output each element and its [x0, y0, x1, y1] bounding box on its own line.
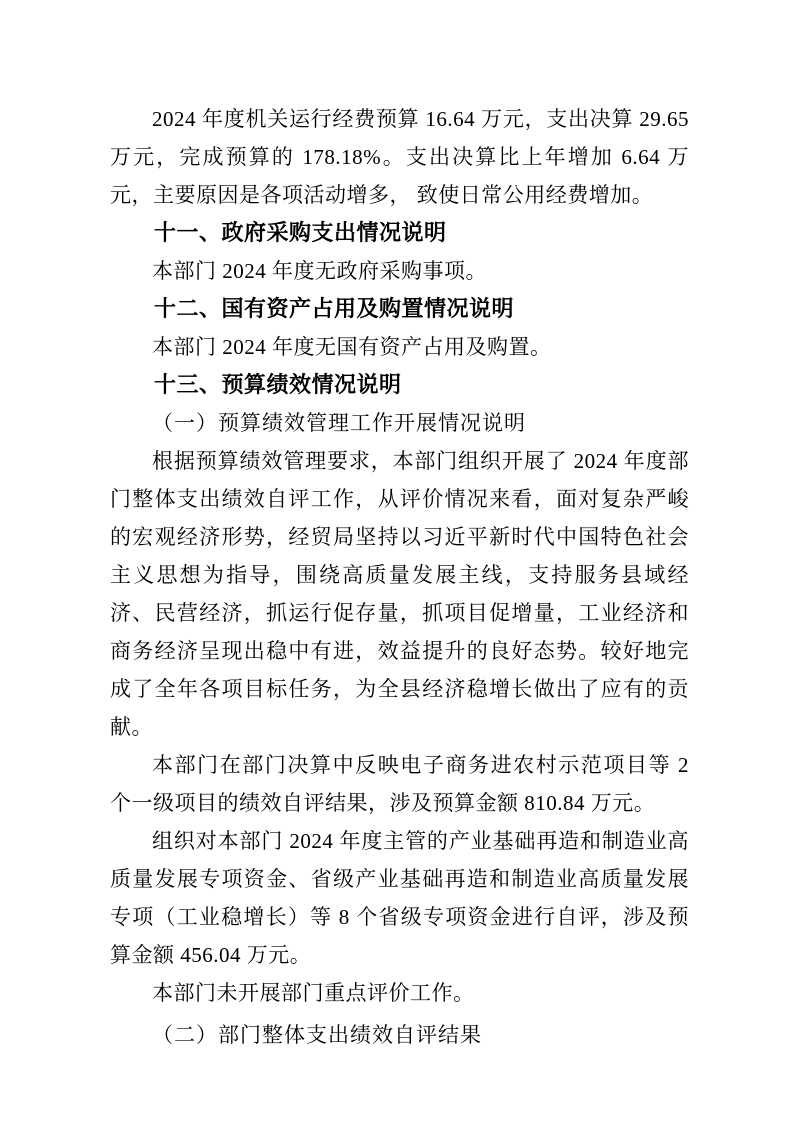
heading-section-12-state-assets: 十二、国有资产占用及购置情况说明 [110, 290, 689, 328]
para-provincial-special-funds: 组织对本部门 2024 年度主管的产业基础再造和制造业高质量发展专项资金、省级产… [110, 822, 689, 974]
para-office-operating-expenses: 2024 年度机关运行经费预算 16.64 万元，支出决算 29.65 万元，完… [110, 100, 689, 214]
para-performance-self-evaluation: 根据预算绩效管理要求，本部门组织开展了 2024 年度部门整体支出绩效自评工作，… [110, 442, 689, 746]
heading-section-13-budget-performance: 十三、预算绩效情况说明 [110, 366, 689, 404]
para-no-state-assets: 本部门 2024 年度无国有资产占用及购置。 [110, 328, 689, 366]
document-page: 2024 年度机关运行经费预算 16.64 万元，支出决算 29.65 万元，完… [0, 0, 793, 1122]
subheading-overall-expenditure-self-evaluation-result: （二）部门整体支出绩效自评结果 [110, 1016, 689, 1054]
heading-section-11-government-procurement: 十一、政府采购支出情况说明 [110, 214, 689, 252]
para-first-level-projects: 本部门在部门决算中反映电子商务进农村示范项目等 2 个一级项目的绩效自评结果，涉… [110, 746, 689, 822]
para-no-government-procurement: 本部门 2024 年度无政府采购事项。 [110, 252, 689, 290]
document-body: 2024 年度机关运行经费预算 16.64 万元，支出决算 29.65 万元，完… [110, 100, 689, 1054]
subheading-performance-management-work: （一）预算绩效管理工作开展情况说明 [110, 404, 689, 442]
para-no-key-evaluation: 本部门未开展部门重点评价工作。 [110, 974, 689, 1012]
